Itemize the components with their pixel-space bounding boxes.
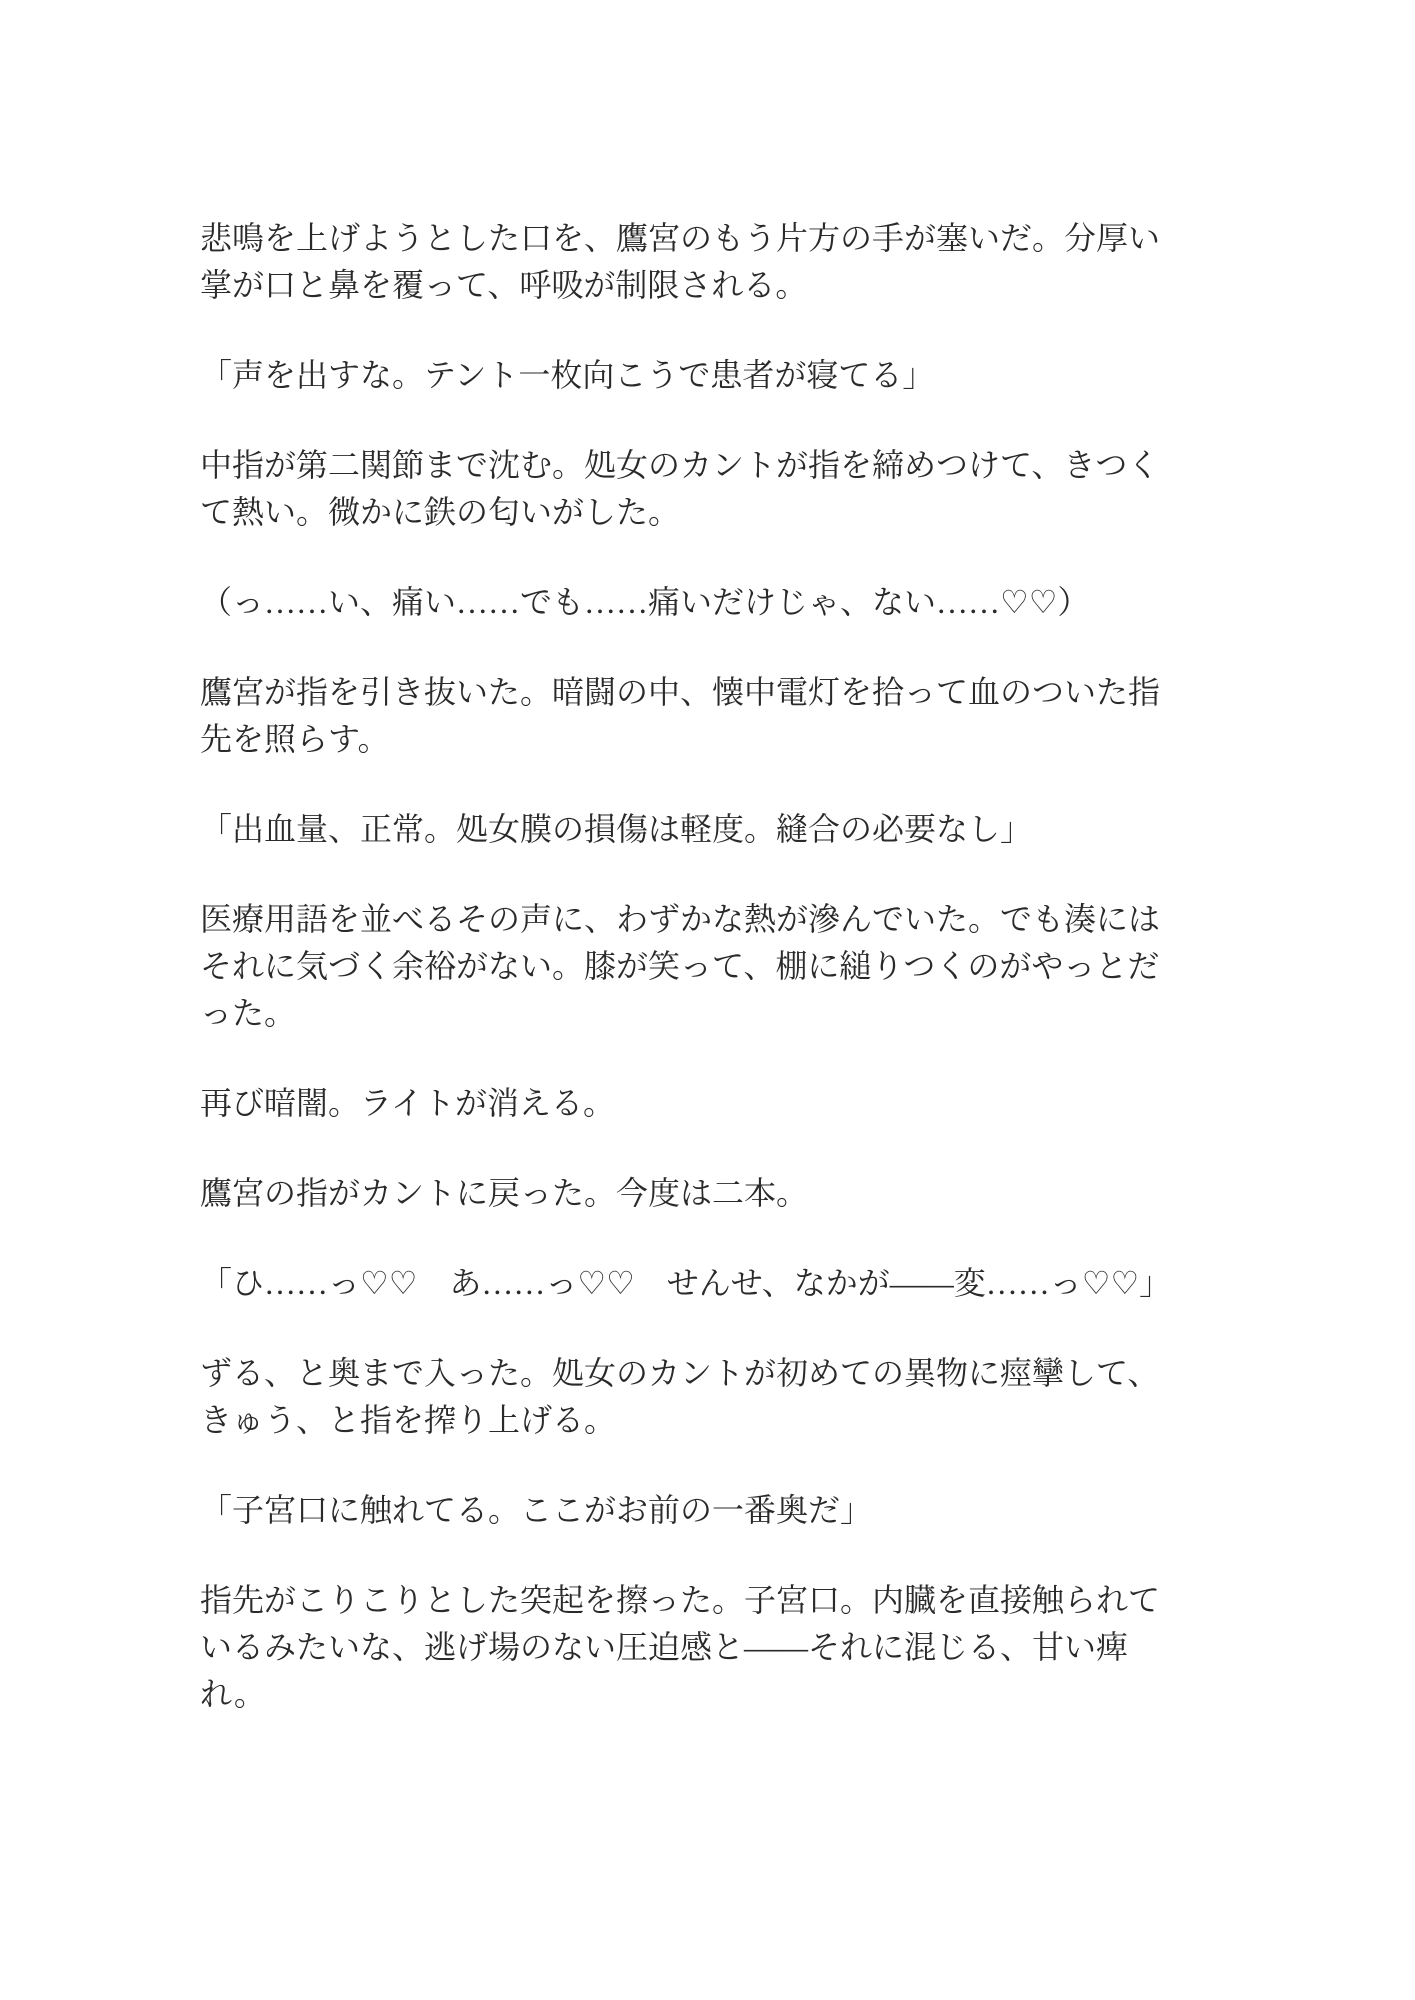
paragraph: 再び暗闇。ライトが消える。 (200, 1080, 1160, 1127)
paragraph: 「出血量、正常。処女膜の損傷は軽度。縫合の必要なし」 (200, 806, 1160, 853)
paragraph: 「声を出すな。テント一枚向こうで患者が寝てる」 (200, 352, 1160, 399)
paragraph: 悲鳴を上げようとした口を、鷹宮のもう片方の手が塞いだ。分厚い掌が口と鼻を覆って、… (200, 215, 1160, 309)
paragraph: （っ……い、痛い……でも……痛いだけじゃ、ない……♡♡） (200, 579, 1160, 626)
paragraph: 中指が第二関節まで沈む。処女のカントが指を締めつけて、きつくて熱い。微かに鉄の匂… (200, 442, 1160, 536)
document-page: 悲鳴を上げようとした口を、鷹宮のもう片方の手が塞いだ。分厚い掌が口と鼻を覆って、… (0, 0, 1415, 2000)
paragraph: 医療用語を並べるその声に、わずかな熱が滲んでいた。でも湊にはそれに気づく余裕がな… (200, 896, 1160, 1037)
document-text-block: 悲鳴を上げようとした口を、鷹宮のもう片方の手が塞いだ。分厚い掌が口と鼻を覆って、… (200, 215, 1160, 1718)
paragraph: 鷹宮が指を引き抜いた。暗闘の中、懐中電灯を拾って血のついた指先を照らす。 (200, 669, 1160, 763)
paragraph: 指先がこりこりとした突起を擦った。子宮口。内臓を直接触られているみたいな、逃げ場… (200, 1577, 1160, 1718)
paragraph: ずる、と奥まで入った。処女のカントが初めての異物に痙攣して、きゅう、と指を搾り上… (200, 1350, 1160, 1444)
paragraph: 「ひ……っ♡♡ あ……っ♡♡ せんせ、なかが——変……っ♡♡」 (200, 1260, 1160, 1307)
paragraph: 「子宮口に触れてる。ここがお前の一番奥だ」 (200, 1487, 1160, 1534)
paragraph: 鷹宮の指がカントに戻った。今度は二本。 (200, 1170, 1160, 1217)
